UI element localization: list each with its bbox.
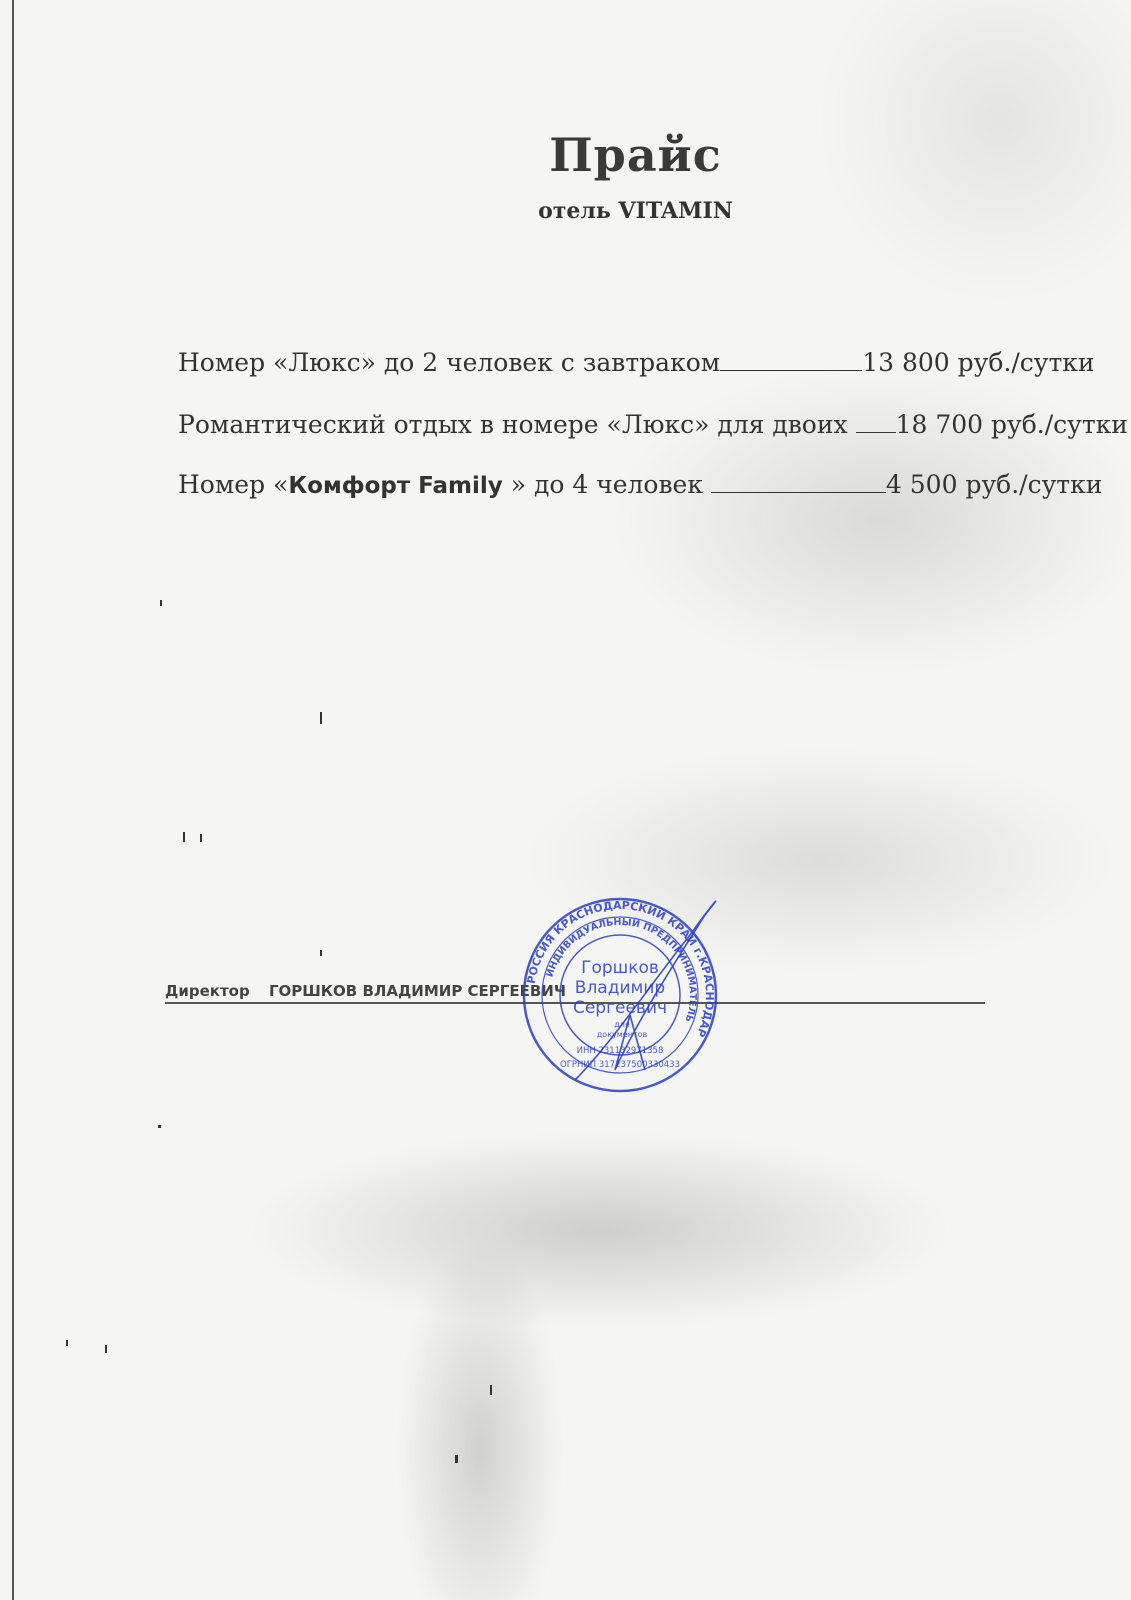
svg-text:ОГРНИП 317237500330433: ОГРНИП 317237500330433 — [560, 1060, 680, 1070]
price-row-description: Романтический отдых в номере «Люкс» для … — [178, 410, 856, 439]
hotel-name: отель VITAMIN — [0, 198, 1131, 224]
director-signature-block: Директор ГОРШКОВ ВЛАДИМИР СЕРГЕЕВИЧ — [165, 982, 566, 1000]
price-row-romantic: Романтический отдых в номере «Люкс» для … — [178, 410, 1128, 439]
leader-line — [720, 369, 862, 371]
svg-text:Сергеевич: Сергеевич — [573, 998, 667, 1018]
svg-text:документов: документов — [597, 1030, 648, 1039]
page-edge — [12, 0, 14, 1600]
price-value: 4 500 руб./сутки — [886, 470, 1102, 499]
price-row-description: Номер « — [178, 470, 288, 499]
price-row-description-end: » до 4 человек — [503, 470, 711, 499]
price-row-description: Номер «Люкс» до 2 человек с завтраком — [178, 348, 720, 377]
room-type-name: Комфорт Family — [288, 473, 502, 499]
price-value: 18 700 руб./сутки — [896, 410, 1128, 439]
price-row-comfort-family: Номер «Комфорт Family » до 4 человек 4 5… — [178, 470, 1102, 499]
leader-line — [856, 431, 896, 433]
price-value: 13 800 руб./сутки — [862, 348, 1094, 377]
scanned-page: Прайс отель VITAMIN Номер «Люкс» до 2 че… — [0, 0, 1131, 1600]
stamp-icon: РОССИЯ КРАСНОДАРСКИЙ КРАЙ г.КРАСНОДАР ИН… — [520, 895, 720, 1095]
director-role: Директор — [165, 982, 250, 1000]
page-title: Прайс — [0, 128, 1131, 182]
leader-line — [711, 491, 886, 493]
svg-text:Владимир: Владимир — [575, 978, 665, 998]
svg-text:Горшков: Горшков — [581, 958, 659, 978]
price-row-lux: Номер «Люкс» до 2 человек с завтраком13 … — [178, 348, 1095, 377]
